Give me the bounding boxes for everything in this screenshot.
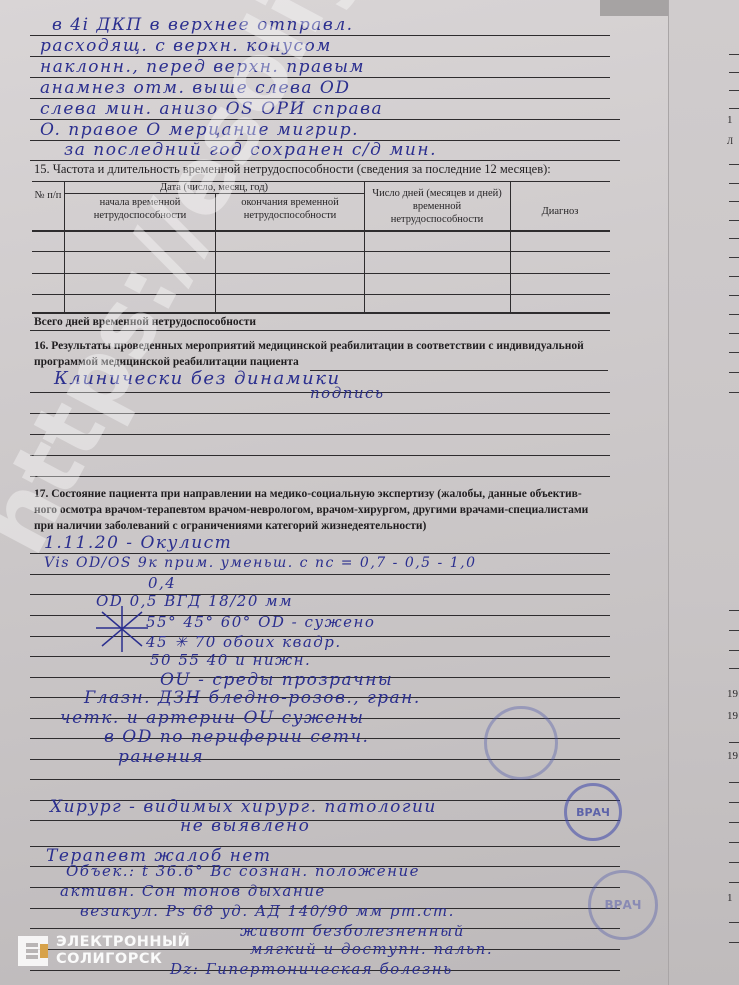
document-page: в 4і ДКП в верхнее отправл. расходящ. с …: [0, 0, 668, 985]
brand-logo: ЭЛЕКТРОННЫЙ СОЛИГОРСК: [18, 934, 190, 968]
exam-line: мягкий и доступн. пальп.: [250, 940, 493, 958]
visual-field-sketch: [92, 604, 152, 654]
exam-line: 55° 45° 60° OD - сужено: [146, 613, 375, 631]
page-fragment: 1: [727, 114, 733, 126]
page-fragment: 19: [727, 688, 738, 700]
col-header-diagnosis: Диагноз: [510, 205, 610, 218]
col-header-num: № п/п: [32, 189, 64, 202]
page-fold-shadow: [600, 0, 668, 16]
logo-line-2: СОЛИГОРСК: [56, 951, 190, 968]
exam-line: 45 ✳ 70 обоих квадр.: [146, 633, 342, 651]
section-17-title-line1: 17. Состояние пациента при направлении н…: [34, 488, 582, 500]
exam-line: Vis OD/OS 9к прим. уменьш. с пс = 0,7 - …: [44, 555, 477, 571]
page-fragment: 19: [727, 750, 738, 762]
page-fragment: 1: [727, 892, 733, 904]
page-fragment: Л: [727, 136, 733, 146]
adjacent-page-edge: 1 Л 19 19 19 1: [668, 0, 739, 985]
exam-line: Глазн. ДЗН бледно-розов., гран.: [84, 688, 421, 708]
official-stamp-faded: [484, 706, 558, 780]
section-17-title-line3: при наличии заболеваний с ограничениями …: [34, 520, 426, 532]
exam-line: Dz: Гипертоническая болезнь: [170, 960, 453, 978]
section-17-title-line2: ного осмотра врачом-терапевтом врачом-не…: [34, 504, 588, 516]
logo-icon: [18, 936, 48, 966]
section-15-title: 15. Частота и длительность временной нет…: [34, 162, 551, 177]
exam-line: не выявлено: [180, 816, 310, 836]
logo-line-1: ЭЛЕКТРОННЫЙ: [56, 934, 190, 951]
doctor-stamp-2: ВРАЧ: [588, 870, 658, 940]
page-fragment: 19: [727, 710, 738, 722]
exam-line: 0,4: [148, 574, 176, 592]
doctor-stamp: ВРАЧ: [564, 783, 622, 841]
exam-line: 50 55 40 и нижн.: [150, 651, 311, 669]
exam-line: четк. и артерии OU сужены: [60, 708, 364, 728]
exam-line: Объек.: t 36.6° Вс сознан. положение: [66, 862, 420, 880]
doctor-signature: подпись: [310, 384, 385, 402]
exam-line: Хирург - видимых хирург. патологии: [50, 797, 437, 817]
exam-line: живот безболезненный: [240, 922, 465, 940]
exam-line: активн. Сон тонов дыхание: [60, 882, 326, 900]
exam-line: OU - среды прозрачны: [160, 670, 393, 690]
exam-line: везикул. Рs 68 уд. АД 140/90 мм рт.ст.: [80, 902, 455, 920]
col-header-days: Число дней (месяцев и дней) временной не…: [372, 187, 502, 226]
exam-line: в OD по периферии сетч.: [104, 727, 369, 747]
exam-line: ранения: [118, 747, 204, 767]
